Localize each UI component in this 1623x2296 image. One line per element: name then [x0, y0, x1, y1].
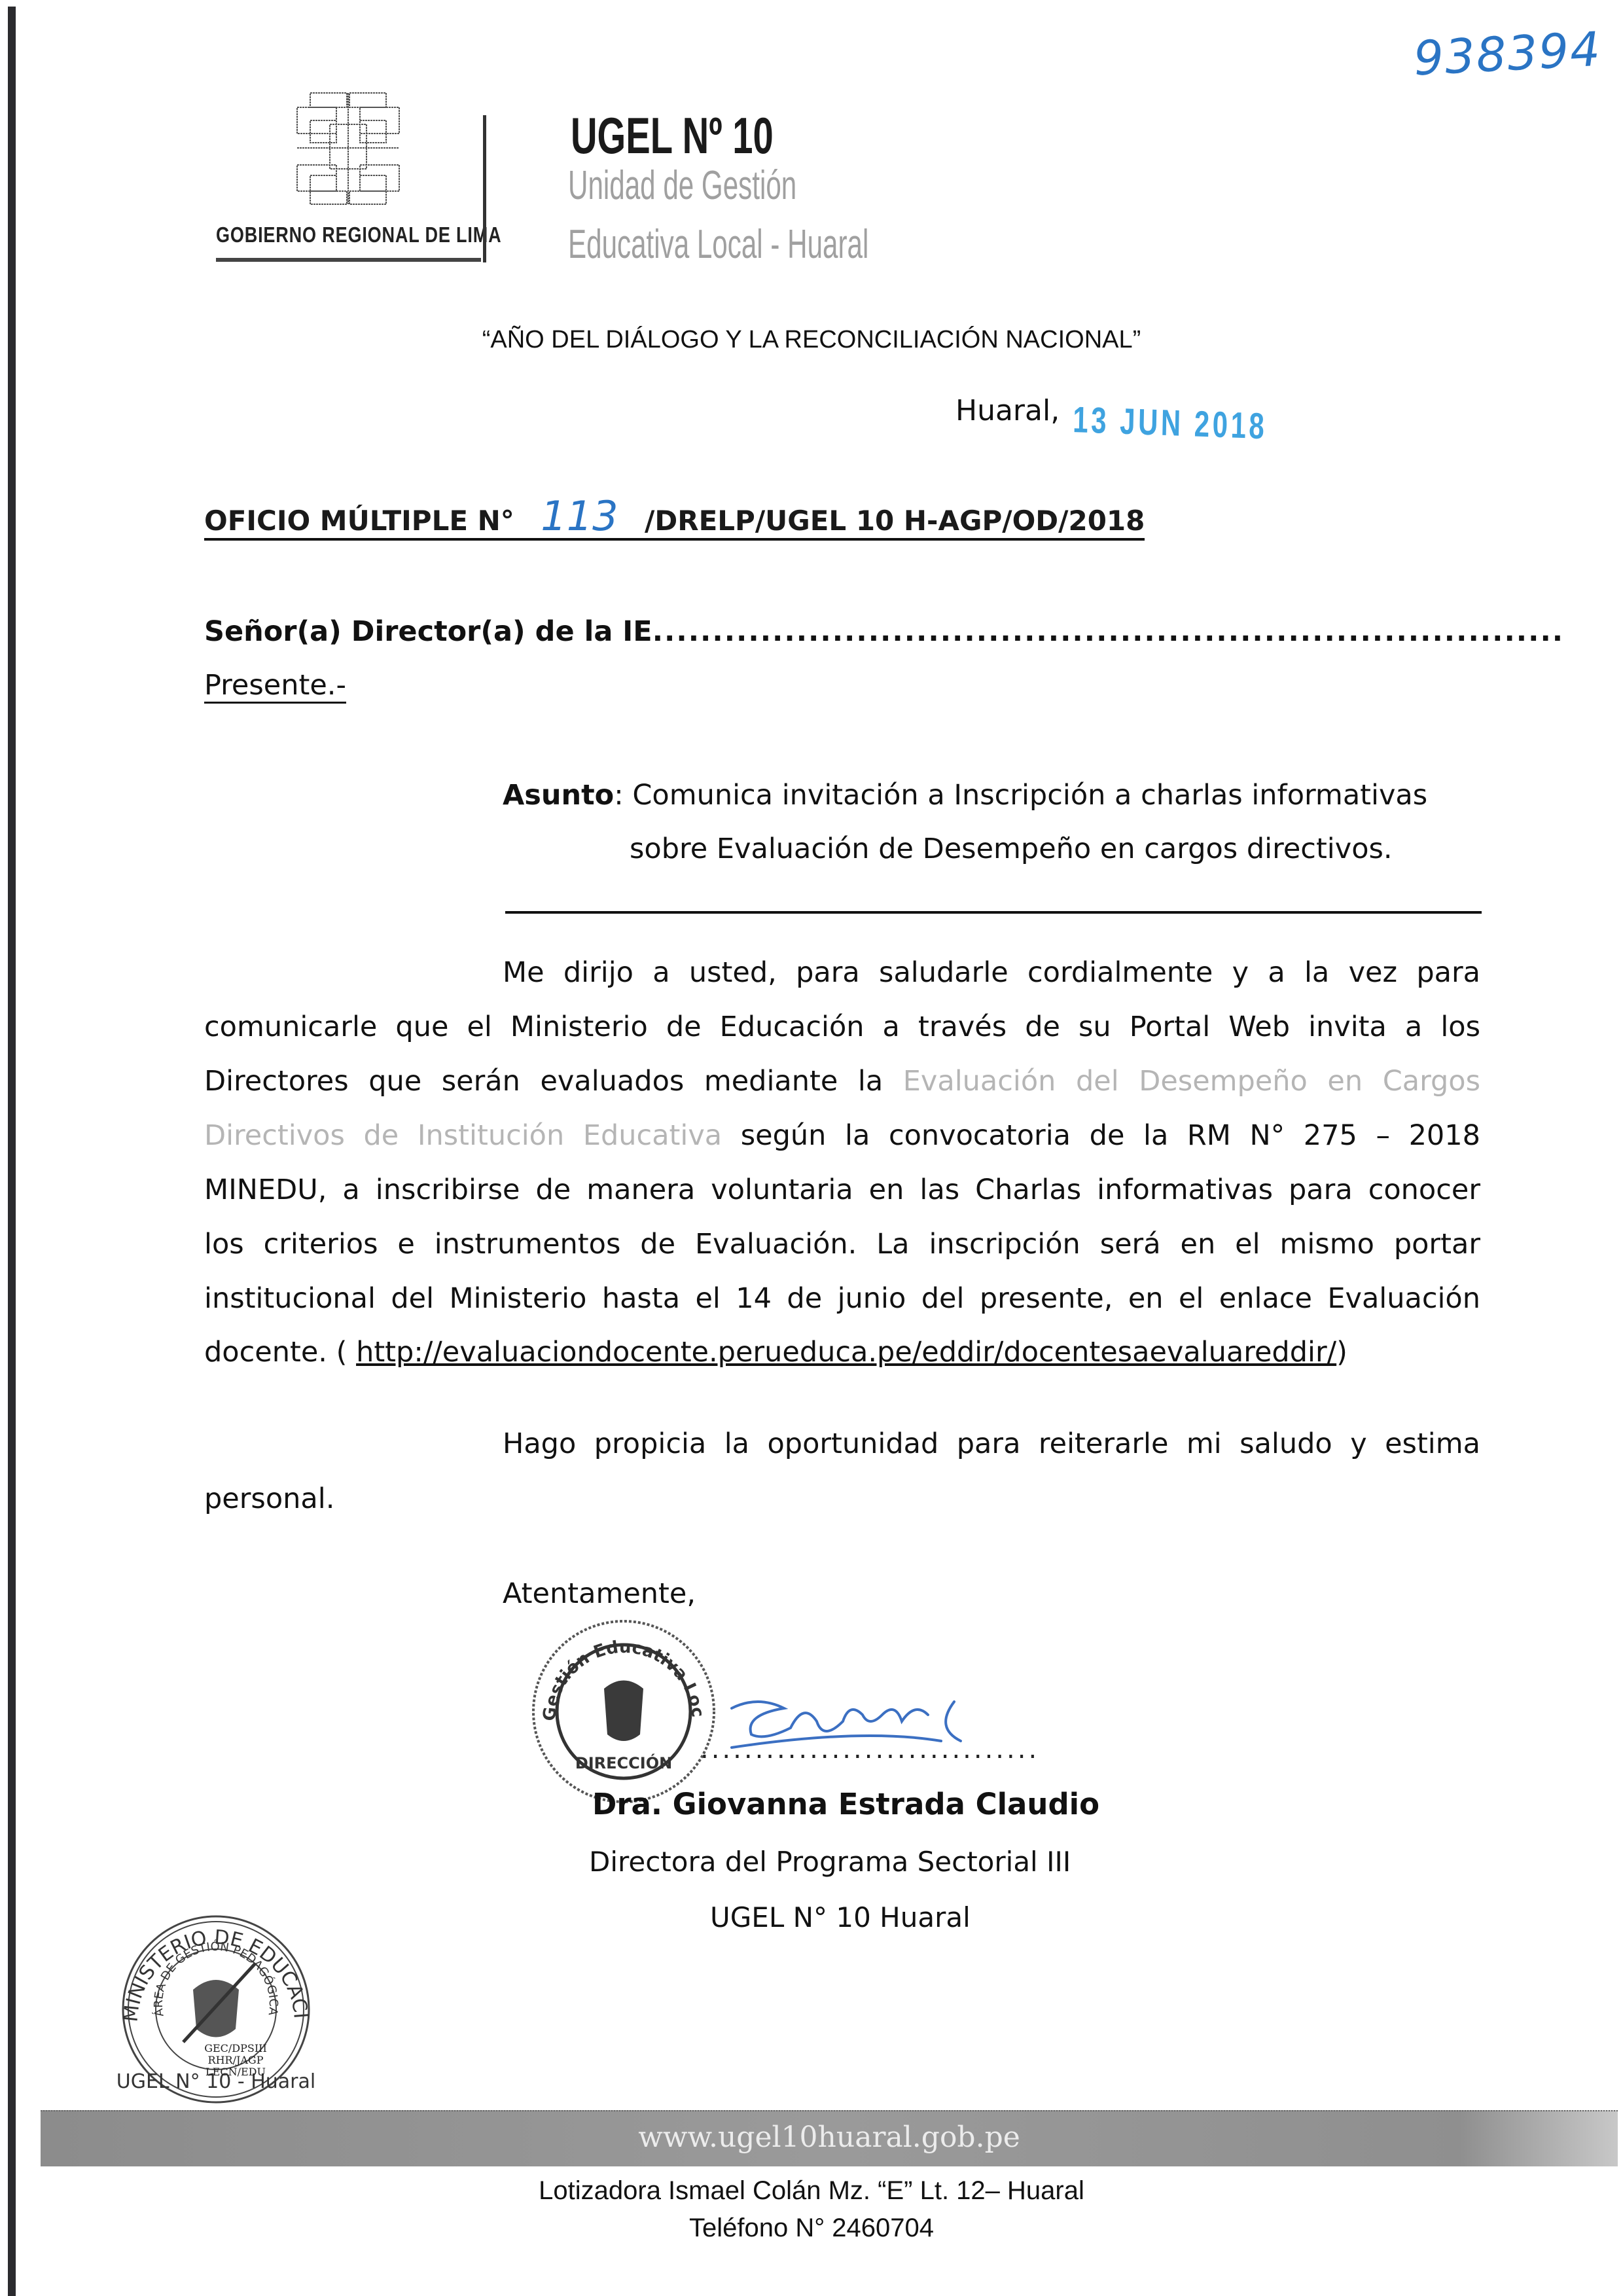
addressee-line: Señor(a) Director(a) de la IE...........…	[204, 615, 1564, 648]
body-line: docente. ( http://evaluaciondocente.peru…	[204, 1336, 1347, 1369]
body-text: docente. (	[204, 1336, 356, 1369]
subject-line1: Asunto: Comunica invitación a Inscripció…	[503, 779, 1427, 812]
signer-role: Directora del Programa Sectorial III	[589, 1846, 1071, 1878]
direction-seal-icon: Gestión Educativa Local N°10 DIRECCIÓN	[529, 1617, 719, 1806]
subject-text-line2: sobre Evaluación de Desempeño en cargos …	[630, 833, 1393, 865]
subject-rule	[505, 911, 1482, 914]
gobierno-regional-logo-icon	[296, 92, 401, 206]
svg-text:RHR/JAGP: RHR/JAGP	[208, 2054, 264, 2066]
body-text: según la convocatoria de la RM N° 275 – …	[722, 1119, 1480, 1152]
signer-organization: UGEL N° 10 Huaral	[710, 1901, 971, 1933]
footer-address: Lotizadora Ismael Colán Mz. “E” Lt. 12– …	[0, 2176, 1623, 2206]
header-divider	[483, 115, 486, 262]
subject-label: Asunto	[503, 779, 614, 812]
body-text: Directores que serán evaluados mediante …	[204, 1065, 903, 1098]
ugel-subtitle-line1: Unidad de Gestión	[568, 162, 796, 209]
date-stamp: 13 JUN 2018	[1073, 398, 1268, 447]
svg-text:DIRECCIÓN: DIRECCIÓN	[575, 1753, 672, 1772]
salutation: Atentamente,	[503, 1577, 696, 1610]
body-line: institucional del Ministerio hasta el 14…	[204, 1282, 1480, 1316]
evaluation-link[interactable]: http://evaluaciondocente.perueduca.pe/ed…	[356, 1336, 1336, 1369]
body-line: Me dirijo a usted, para saludarle cordia…	[503, 956, 1480, 990]
place-label: Huaral,	[955, 394, 1060, 427]
presente-label: Presente.-	[204, 669, 346, 704]
body-line: los criterios e instrumentos de Evaluaci…	[204, 1227, 1480, 1261]
year-motto: “AÑO DEL DIÁLOGO Y LA RECONCILIACIÓN NAC…	[0, 326, 1623, 354]
signer-name: Dra. Giovanna Estrada Claudio	[592, 1787, 1099, 1821]
body-line: personal.	[204, 1482, 334, 1515]
faded-program-name: Directivos de Institución Educativa	[204, 1119, 722, 1152]
handwritten-reference-number: 938394	[1412, 22, 1603, 86]
oficio-prefix: OFICIO MÚLTIPLE N°	[204, 505, 514, 537]
oficio-handwritten-number: 113	[524, 503, 635, 530]
subject-text-line1: : Comunica invitación a Inscripción a ch…	[614, 779, 1427, 812]
body-line: Directores que serán evaluados mediante …	[204, 1064, 1480, 1098]
ugel-subtitle-line2: Educativa Local - Huaral	[568, 221, 868, 268]
addressee-fill-dots: ........................................…	[652, 615, 1564, 648]
body-line: Directivos de Institución Educativa segú…	[204, 1119, 1480, 1153]
oficio-number-line: OFICIO MÚLTIPLE N° 113 /DRELP/UGEL 10 H-…	[204, 503, 1145, 541]
body-line: comunicarle que el Ministerio de Educaci…	[204, 1010, 1480, 1044]
ministry-seal-icon: MINISTERIO DE EDUCACIÓN ÁREA DE GESTIÓN …	[118, 1911, 314, 2108]
oficio-suffix: /DRELP/UGEL 10 H-AGP/OD/2018	[645, 505, 1145, 537]
signature-line: ...............................	[700, 1734, 1039, 1765]
gobierno-regional-underline	[216, 258, 481, 262]
svg-text:LECN/EDU: LECN/EDU	[205, 2066, 266, 2078]
footer-website[interactable]: www.ugel10huaral.gob.pe	[41, 2121, 1618, 2154]
body-line: Hago propicia la oportunidad para reiter…	[503, 1427, 1480, 1461]
body-text: )	[1336, 1336, 1347, 1369]
footer-phone: Teléfono N° 2460704	[0, 2214, 1623, 2243]
addressee-label: Señor(a) Director(a) de la IE	[204, 615, 652, 648]
ugel-title: UGEL Nº 10	[571, 106, 774, 166]
body-line: MINEDU, a inscribirse de manera voluntar…	[204, 1173, 1480, 1207]
footer-band: www.ugel10huaral.gob.pe	[41, 2110, 1618, 2166]
gobierno-regional-label: GOBIERNO REGIONAL DE LIMA	[216, 223, 501, 247]
svg-text:GEC/DPSIII: GEC/DPSIII	[204, 2042, 267, 2054]
faded-program-name: Evaluación del Desempeño en Cargos	[903, 1065, 1480, 1098]
